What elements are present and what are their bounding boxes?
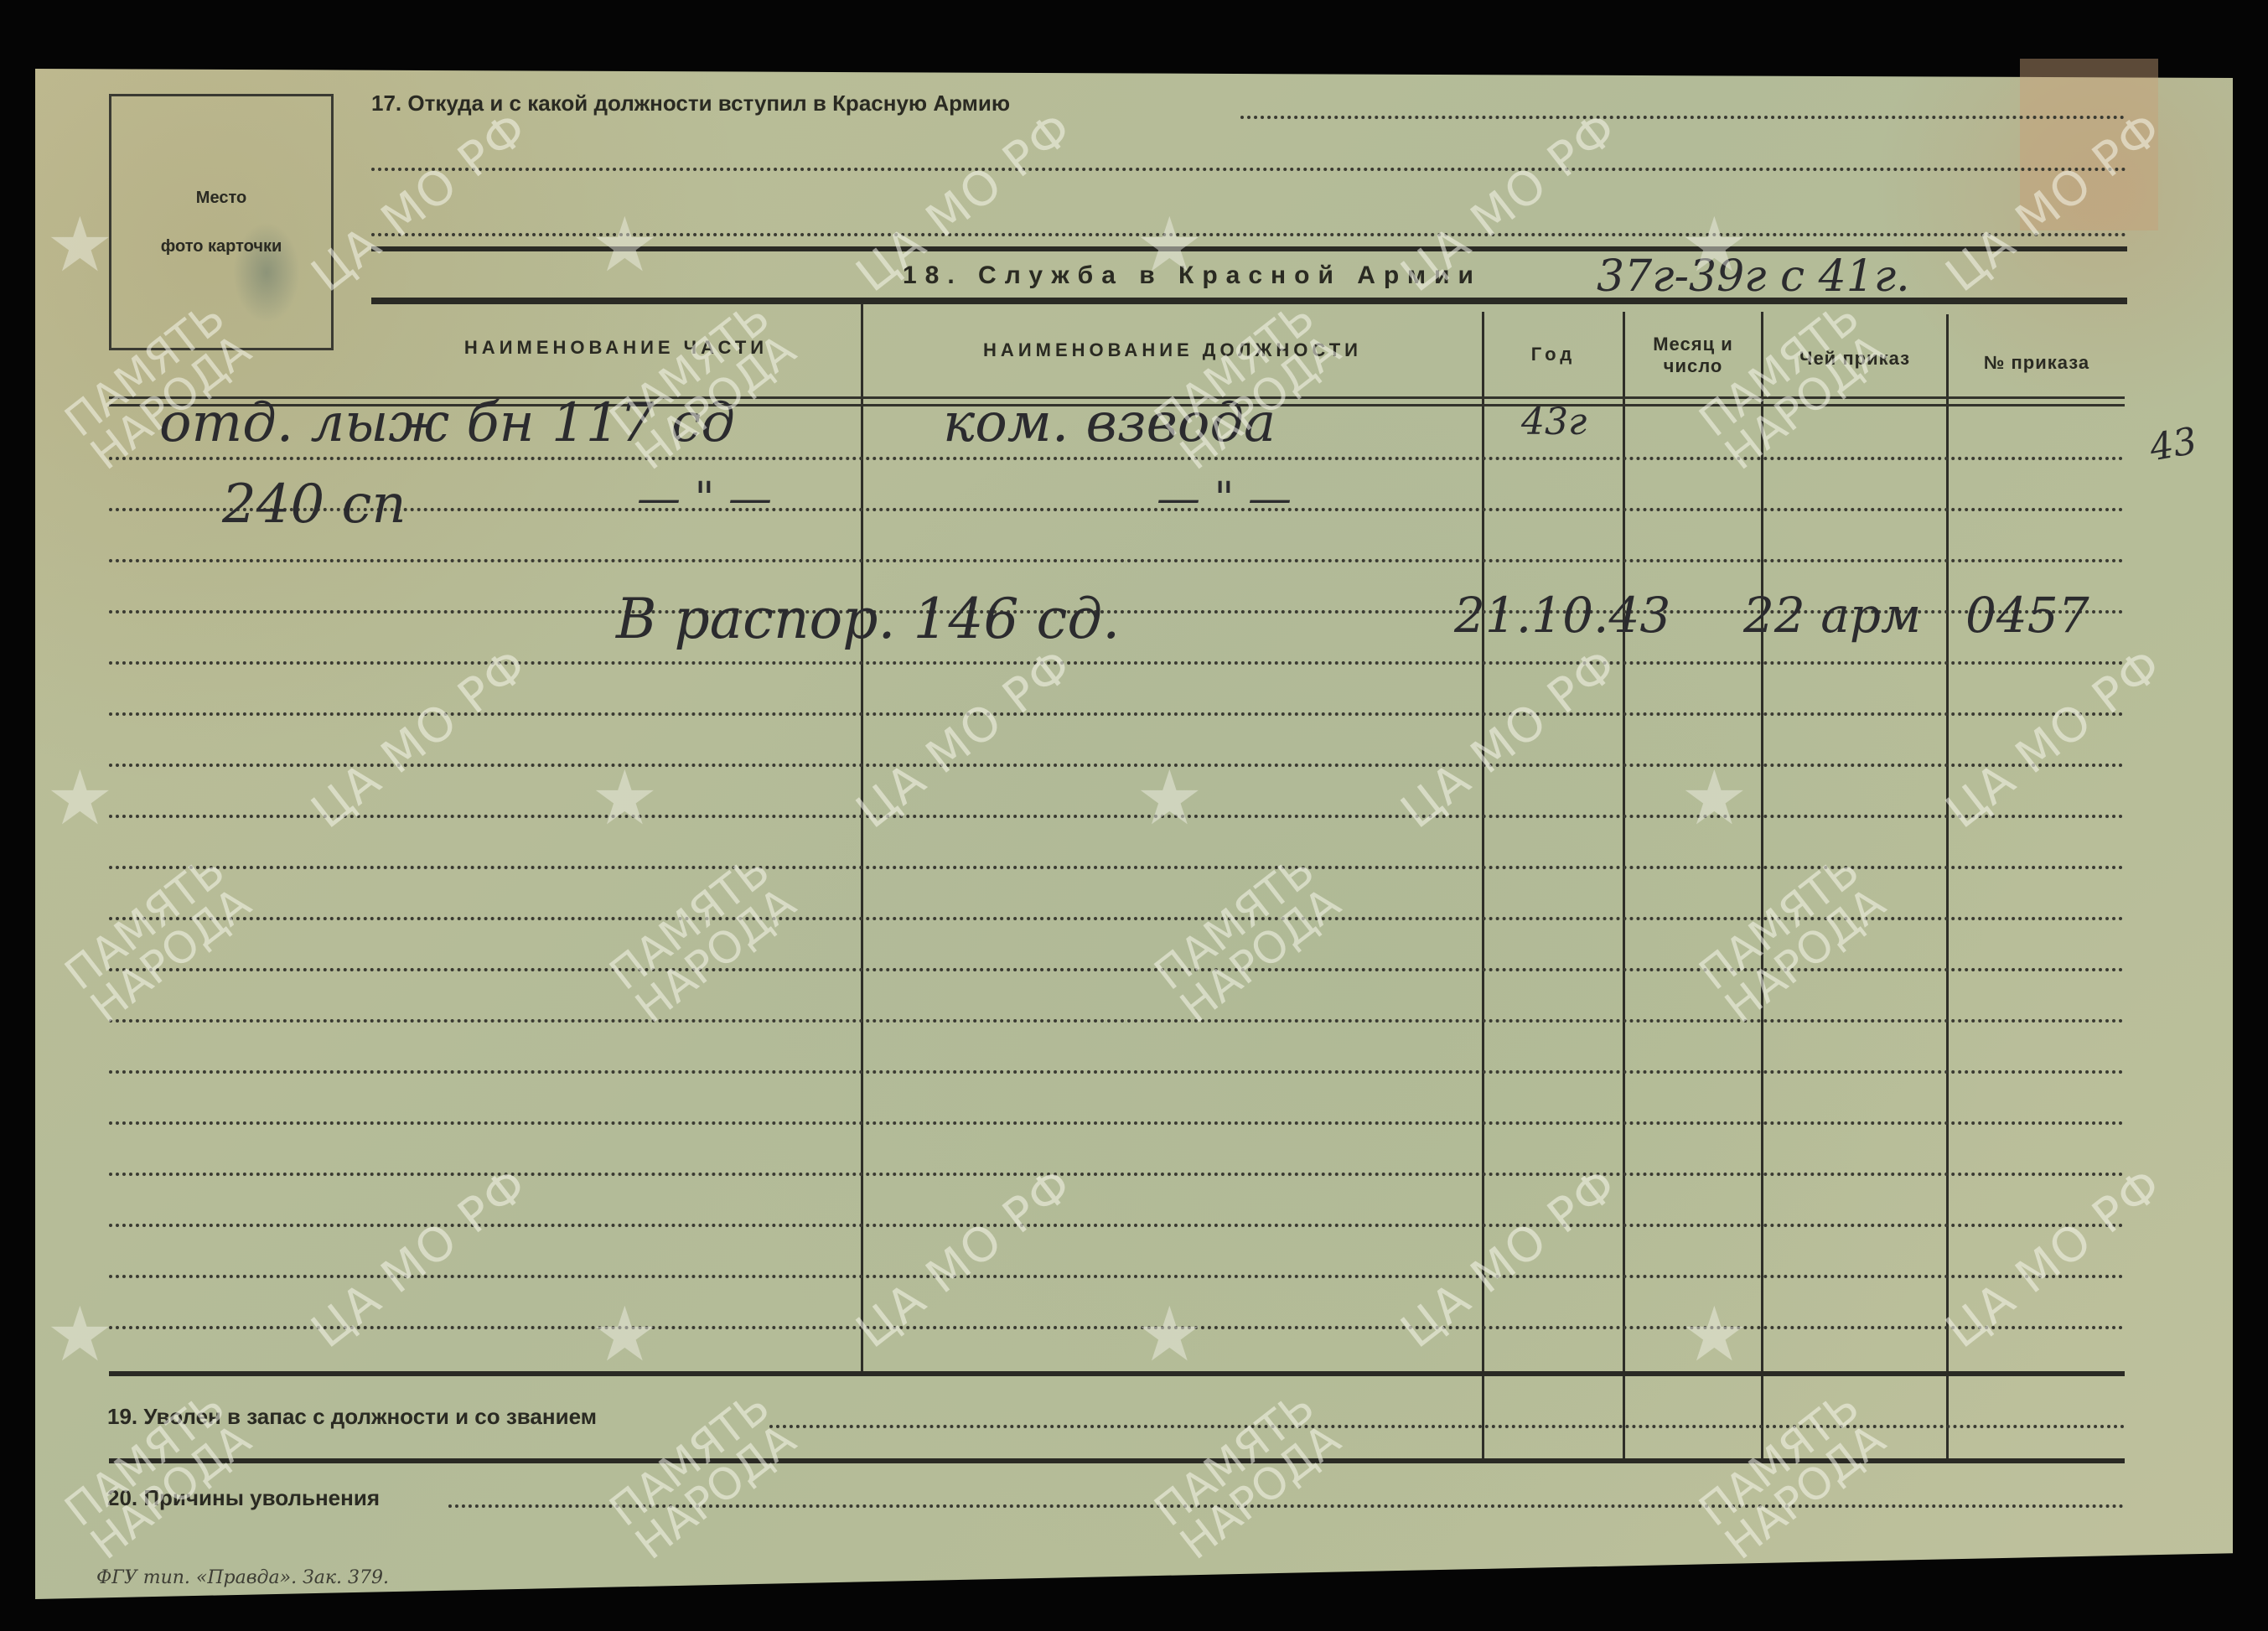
column-divider-1 — [861, 303, 863, 1372]
item18-handwritten-note: 37г-39г с 41г. — [1597, 251, 1910, 302]
column-divider-5 — [1946, 314, 1949, 1461]
item20-fill-line — [448, 1504, 2125, 1508]
header-whose-order: Чей приказ — [1763, 348, 1946, 370]
header-month-day: Месяц и число — [1625, 334, 1761, 377]
faded-stamp — [2020, 59, 2158, 230]
item17-label: 17. Откуда и с какой должности вступил в… — [371, 91, 1010, 116]
header-unit-name: НАИМЕНОВАНИЕ ЧАСТИ — [371, 337, 861, 359]
item19-label: 19. Уволен в запас с должности и со зван… — [107, 1404, 597, 1430]
watermark-star-icon: ★ — [46, 201, 114, 289]
column-divider-3 — [1623, 312, 1625, 1462]
column-divider-2 — [1482, 312, 1484, 1460]
table-bottom-line — [109, 1371, 2125, 1376]
row2-position-ditto: — " — — [1157, 474, 1292, 524]
item19-fill-line — [769, 1425, 2126, 1428]
photo-placeholder-box: Место фото карточки — [109, 94, 334, 350]
row1-position: ком. взвода — [943, 392, 1276, 454]
margin-note: 43 — [2146, 420, 2200, 470]
row1-unit: отд. лыж бн 117 сд — [159, 392, 735, 454]
photo-label-line1: Место — [111, 189, 331, 208]
photo-label-line2: фото карточки — [111, 237, 331, 256]
printer-note: ФГУ тип. «Правда». Зак. 379. — [96, 1567, 389, 1588]
item19-bottom-line — [109, 1458, 2125, 1463]
table-top-line — [371, 298, 2127, 304]
row2-unit: 240 сп — [222, 474, 406, 536]
row1-year: 43г — [1521, 401, 1587, 443]
item20-label: 20. Причины увольнения — [107, 1485, 380, 1511]
column-divider-4 — [1761, 312, 1763, 1462]
header-order-number: № приказа — [1949, 352, 2125, 374]
row3-position: В распор. 146 сд. — [616, 587, 1120, 651]
item17-fill-line — [1240, 116, 2125, 119]
row3-order-number: 0457 — [1965, 587, 2089, 644]
item17-fill-line-2 — [371, 168, 2127, 171]
header-year: Год — [1484, 344, 1623, 365]
row3-date: 21.10.43 — [1454, 587, 1670, 644]
row3-whose-order: 22 арм — [1743, 587, 1921, 644]
row2-unit-ditto: — " — — [637, 474, 772, 524]
header-position-name: НАИМЕНОВАНИЕ ДОЛЖНОСТИ — [863, 339, 1482, 361]
